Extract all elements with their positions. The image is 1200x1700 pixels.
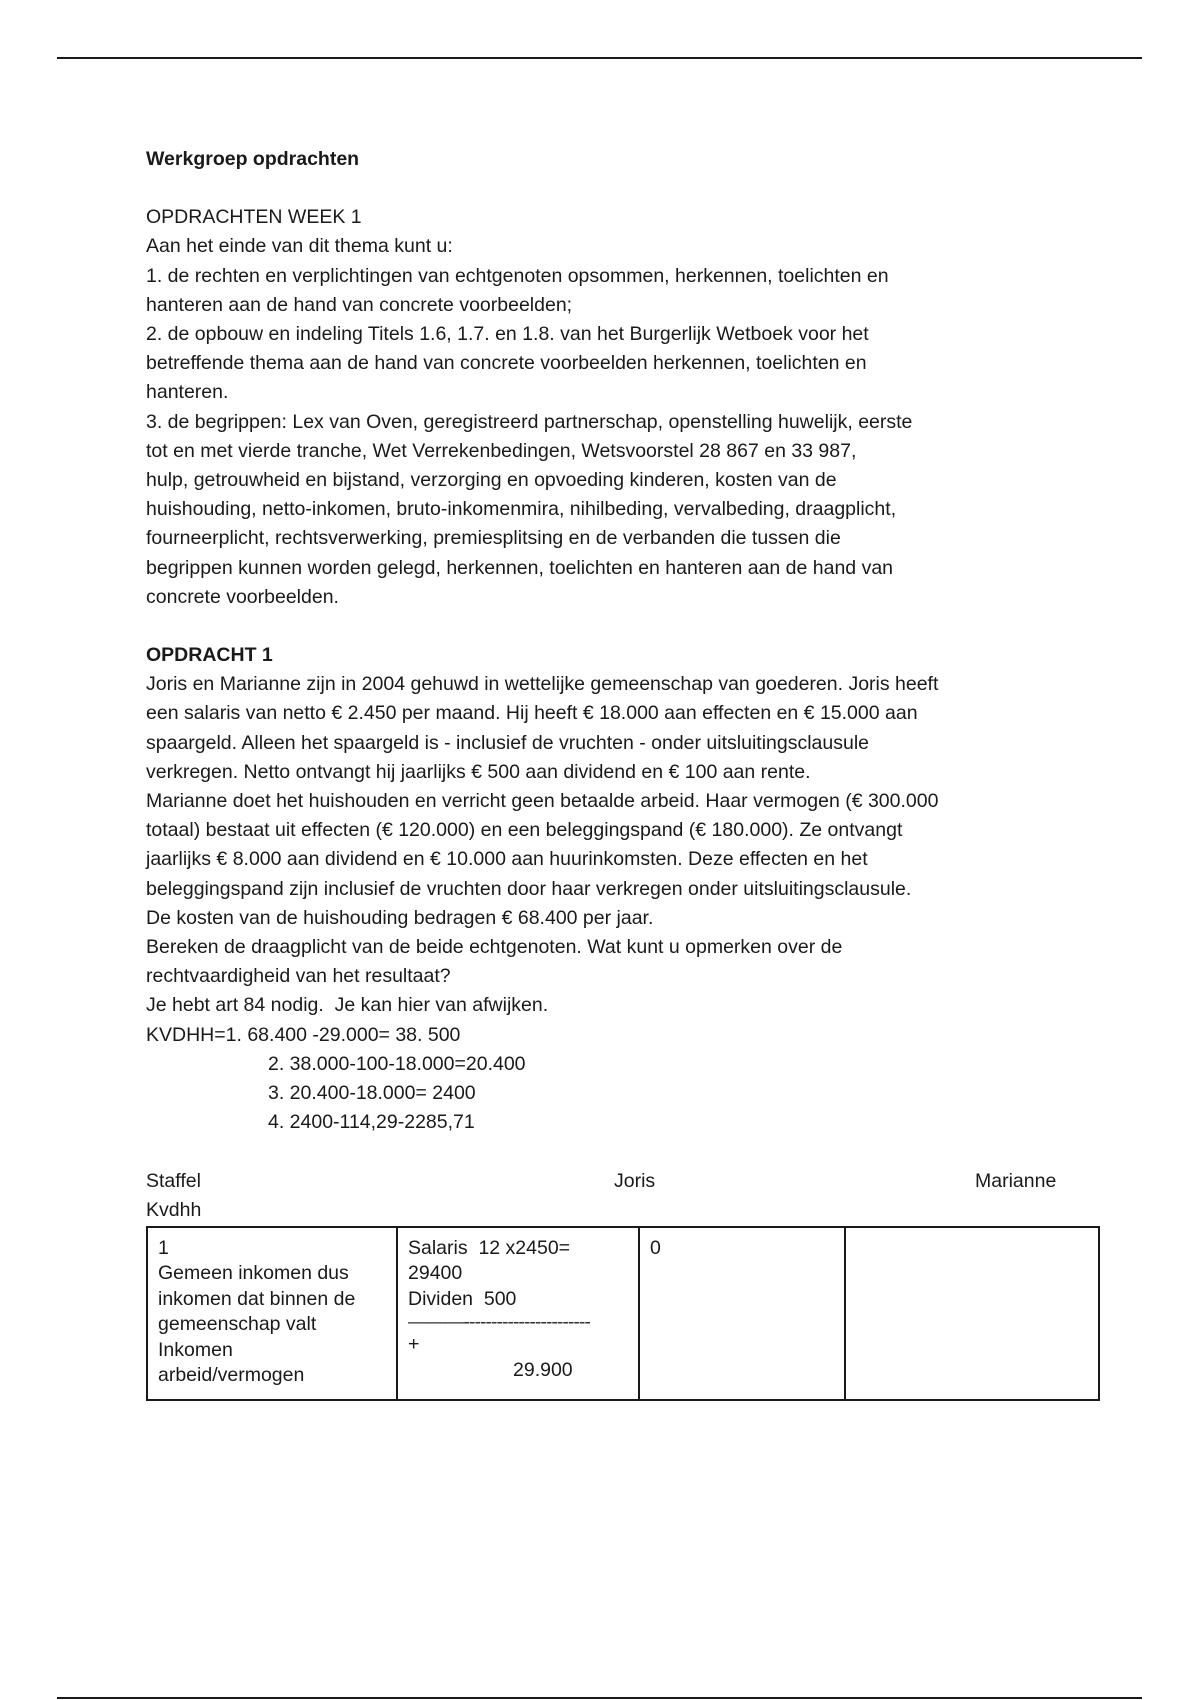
calc-step: 1. 68.400 -29.000= 38. 500 (226, 1021, 461, 1050)
staffel-table: 1 Gemeen inkomen dus inkomen dat binnen … (146, 1226, 1100, 1401)
objective-line: hanteren aan de hand van concrete voorbe… (146, 291, 1106, 320)
intro-text: Aan het einde van dit thema kunt u: (146, 232, 1106, 261)
marianne-cell (845, 1227, 1099, 1400)
assignment-line: Marianne doet het huishouden en verricht… (146, 787, 1106, 816)
step-cell: 1 Gemeen inkomen dus inkomen dat binnen … (147, 1227, 397, 1400)
value-cell: 0 (639, 1227, 845, 1400)
assignment-line: spaargeld. Alleen het spaargeld is - inc… (146, 729, 1106, 758)
spacer (146, 174, 1106, 203)
assignment-line: een salaris van netto € 2.450 per maand.… (146, 699, 1106, 728)
footer-rule (57, 1697, 1142, 1699)
calc-step: 3. 20.400-18.000= 2400 (268, 1079, 476, 1108)
assignment-line: jaarlijks € 8.000 aan dividend en € 10.0… (146, 845, 1106, 874)
document-title: Werkgroep opdrachten (146, 145, 1106, 174)
objectives-list: 1. de rechten en verplichtingen van echt… (146, 262, 1106, 612)
cell-text: inkomen dat binnen de (158, 1287, 388, 1313)
objective-line: hanteren. (146, 378, 1106, 407)
cell-text: gemeenschap valt (158, 1312, 388, 1338)
plus-sign: + (408, 1332, 630, 1358)
assignment-line: Joris en Marianne zijn in 2004 gehuwd in… (146, 670, 1106, 699)
document-page: Werkgroep opdrachten OPDRACHTEN WEEK 1 A… (146, 145, 1106, 1401)
header-rule (57, 57, 1142, 59)
cell-text: 1 (158, 1236, 388, 1262)
calc-step: 4. 2400-114,29-2285,71 (268, 1108, 475, 1137)
cell-text: Inkomen (158, 1338, 388, 1364)
assignment-line: De kosten van de huishouding bedragen € … (146, 904, 1106, 933)
assignment-line: verkregen. Netto ontvangt hij jaarlijks … (146, 758, 1106, 787)
objective-line: hulp, getrouwheid en bijstand, verzorgin… (146, 466, 1106, 495)
objective-line: begrippen kunnen worden gelegd, herkenne… (146, 554, 1106, 583)
assignment-line: Je hebt art 84 nodig. Je kan hier van af… (146, 991, 1106, 1020)
cell-text: Salaris 12 x2450= (408, 1236, 630, 1262)
staffel-header: Staffel Joris Marianne (146, 1167, 1106, 1196)
assignment-line: beleggingspand zijn inclusief de vruchte… (146, 875, 1106, 904)
kvdhh-label: Kvdhh (146, 1196, 1106, 1225)
calculation-block: KVDHH= 1. 68.400 -29.000= 38. 500 2. 38.… (146, 1021, 1106, 1138)
assignment-line: Bereken de draagplicht van de beide echt… (146, 933, 1106, 962)
joris-income-cell: Salaris 12 x2450= 29400 Dividen 500 ———-… (397, 1227, 639, 1400)
joris-column-label: Joris (614, 1167, 655, 1196)
table-row: 1 Gemeen inkomen dus inkomen dat binnen … (147, 1227, 1099, 1400)
cell-text: arbeid/vermogen (158, 1363, 388, 1389)
spacer (146, 612, 1106, 641)
joris-total: 29.900 (408, 1358, 630, 1384)
assignment-body: Joris en Marianne zijn in 2004 gehuwd in… (146, 670, 1106, 1020)
objective-line: betreffende thema aan de hand van concre… (146, 349, 1106, 378)
week-heading: OPDRACHTEN WEEK 1 (146, 203, 1106, 232)
cell-text: 29400 (408, 1261, 630, 1287)
cell-text: Dividen 500 (408, 1287, 630, 1313)
assignment-line: totaal) bestaat uit effecten (€ 120.000)… (146, 816, 1106, 845)
staffel-label: Staffel (146, 1167, 201, 1196)
objective-line: fourneerplicht, rechtsverwerking, premie… (146, 524, 1106, 553)
assignment-line: rechtvaardigheid van het resultaat? (146, 962, 1106, 991)
calc-step: 2. 38.000-100-18.000=20.400 (268, 1050, 526, 1079)
objective-line: 3. de begrippen: Lex van Oven, geregistr… (146, 408, 1106, 437)
assignment-heading: OPDRACHT 1 (146, 641, 1106, 670)
objective-line: 2. de opbouw en indeling Titels 1.6, 1.7… (146, 320, 1106, 349)
calc-label: KVDHH= (146, 1021, 226, 1050)
objective-line: huishouding, netto-inkomen, bruto-inkome… (146, 495, 1106, 524)
separator-line: ———----------------------- (408, 1312, 630, 1332)
objective-line: 1. de rechten en verplichtingen van echt… (146, 262, 1106, 291)
cell-text: Gemeen inkomen dus (158, 1261, 388, 1287)
objective-line: tot en met vierde tranche, Wet Verrekenb… (146, 437, 1106, 466)
objective-line: concrete voorbeelden. (146, 583, 1106, 612)
marianne-column-label: Marianne (975, 1167, 1056, 1196)
